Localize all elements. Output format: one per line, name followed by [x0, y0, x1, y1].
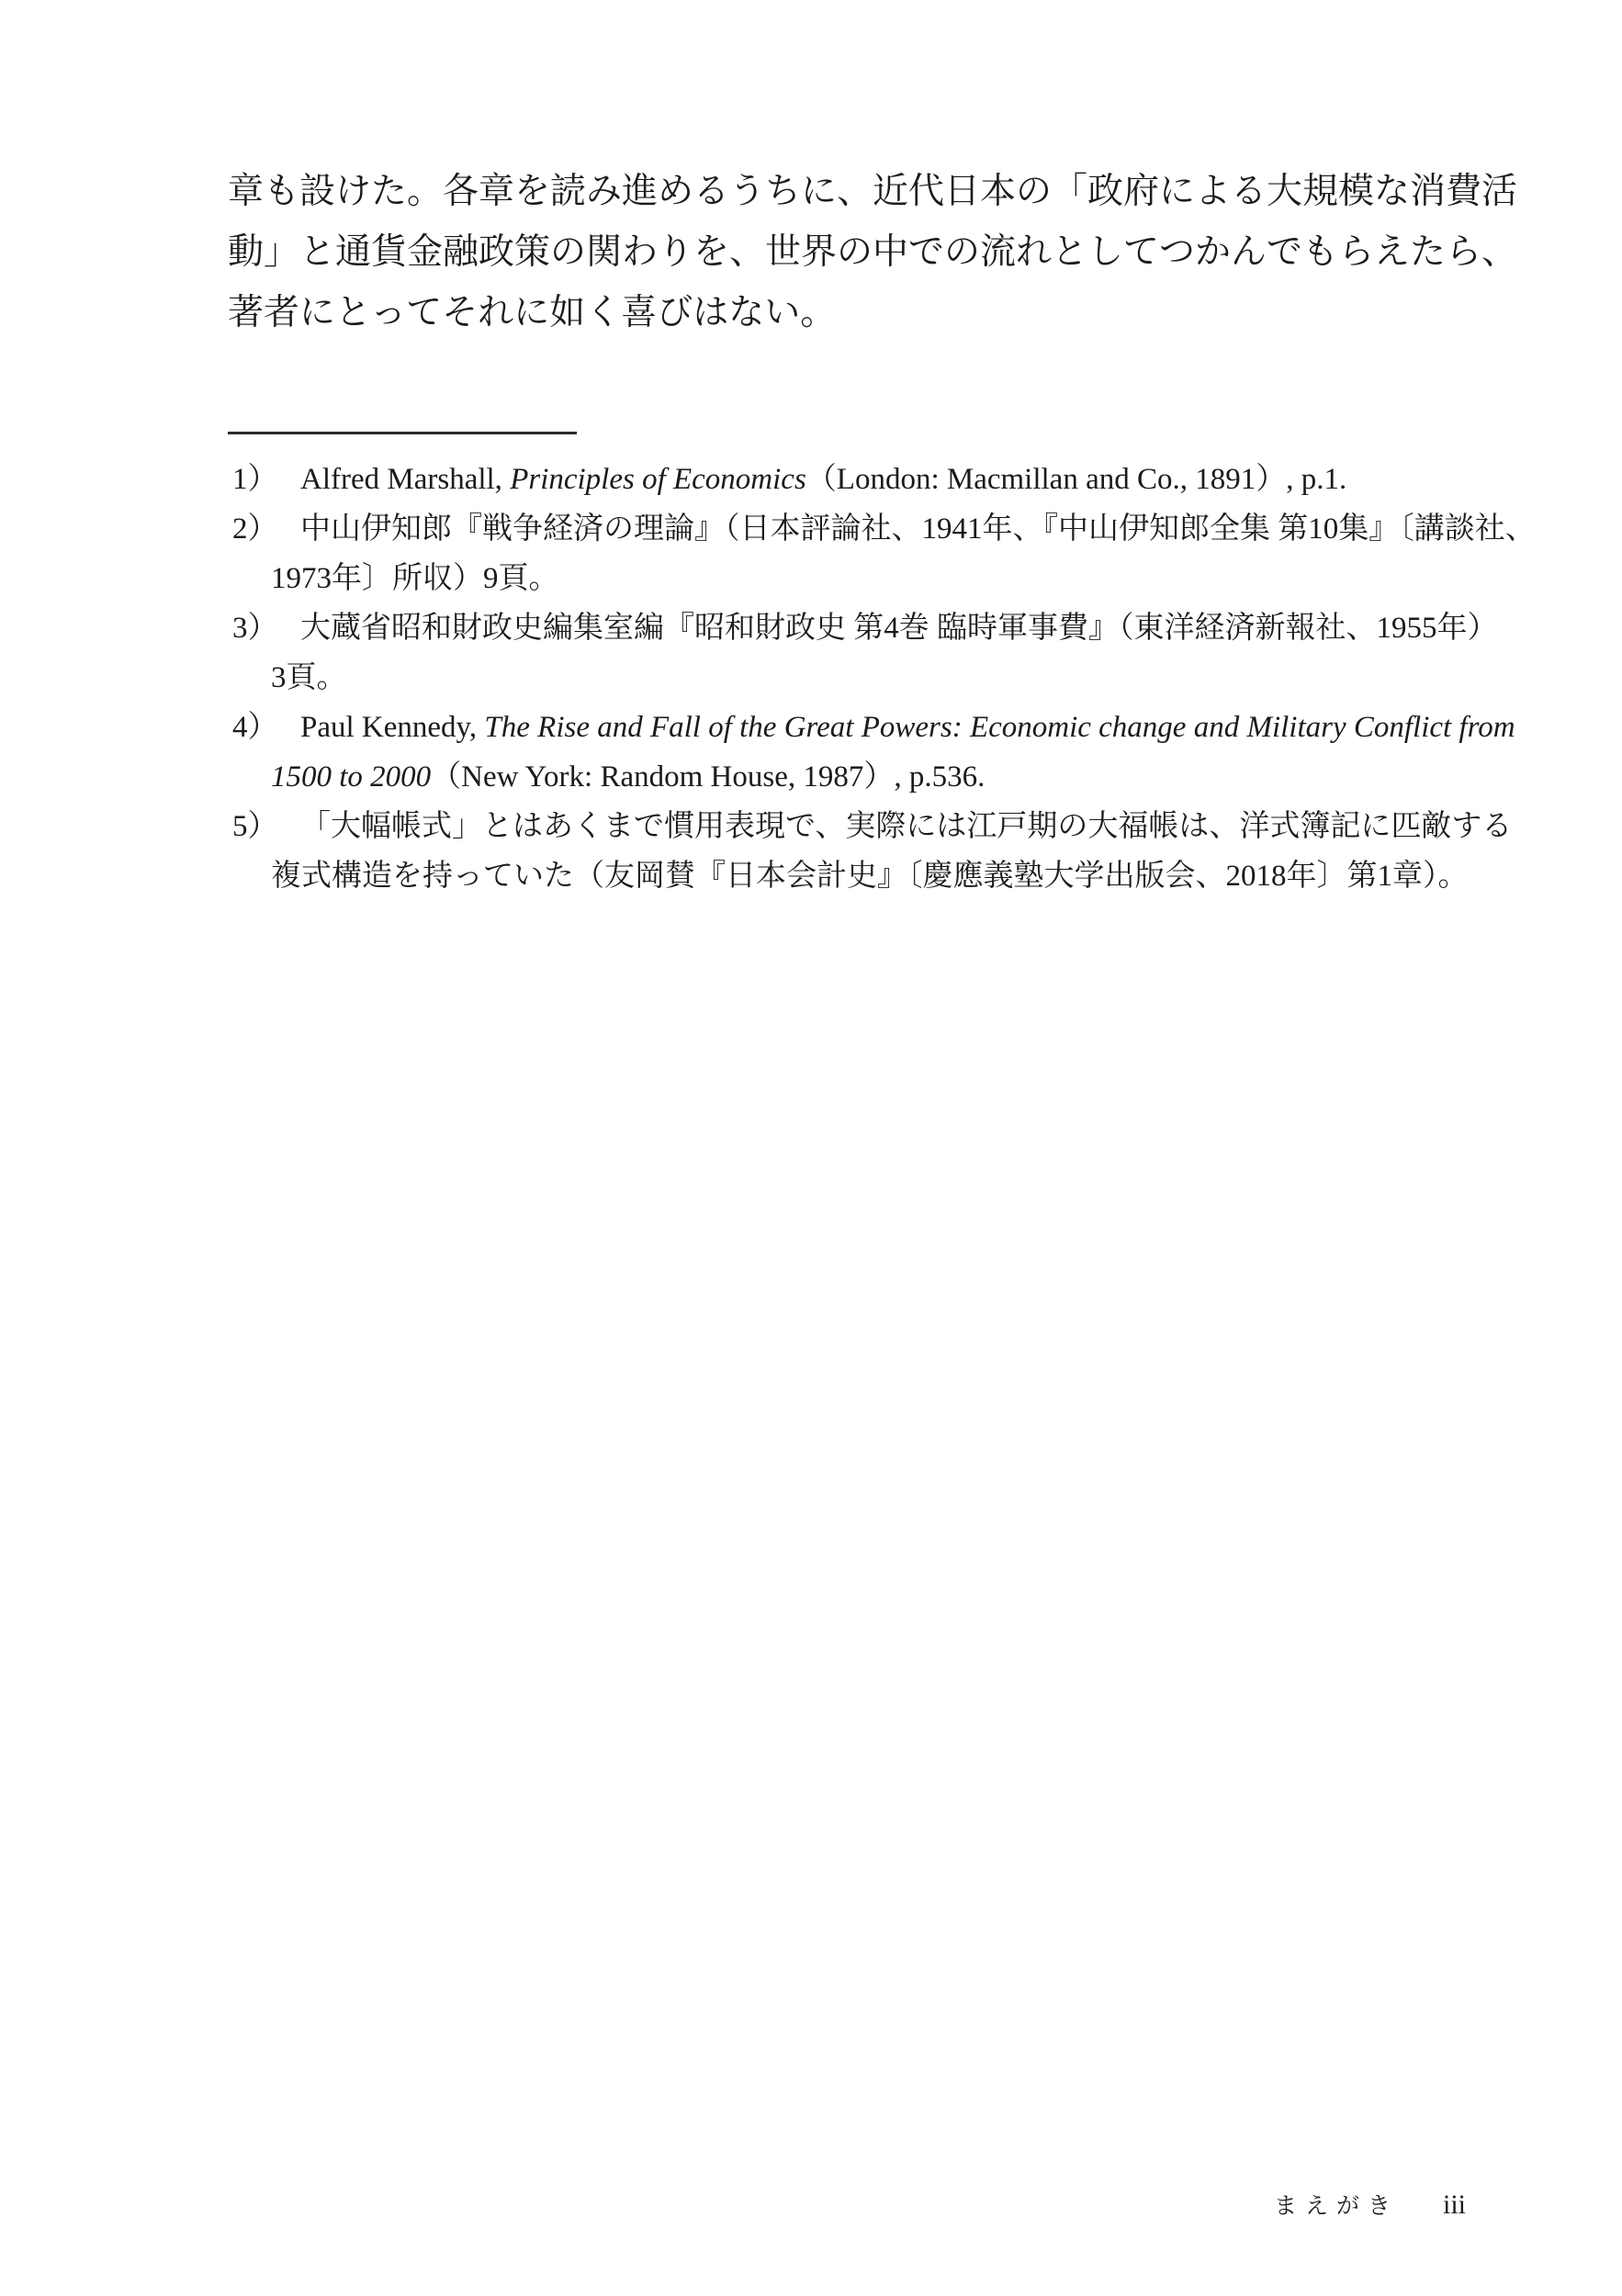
footnote-line: 5）「大幅帳式」とはあくまで慣用表現で、実際には江戸期の大福帳は、洋式簿記に匹敵…: [232, 802, 1536, 851]
footnote-number: 1）: [232, 455, 300, 504]
footer-page-number: iii: [1443, 2189, 1466, 2221]
footnote-book-title: Principles of Economics: [510, 463, 806, 496]
footnote-book-title: The Rise and Fall of the Great Powers: E…: [484, 711, 1515, 744]
footnote-text: Alfred Marshall,: [300, 463, 510, 496]
footnote-number: 3）: [232, 603, 300, 653]
footnote-number: 4）: [232, 703, 300, 752]
footnote-line: 2）中山伊知郎『戦争経済の理論』（日本評論社、1941年、『中山伊知郎全集 第1…: [232, 504, 1536, 554]
footnote-separator-rule: [228, 432, 577, 434]
footnote-text: 中山伊知郎『戦争経済の理論』（日本評論社、1941年、『中山伊知郎全集 第10集…: [300, 512, 1536, 546]
footnote-text: 複式構造を持っていた（友岡賛『日本会計史』〔慶應義塾大学出版会、2018年〕第1…: [271, 860, 1469, 893]
footnote-continuation-line: 複式構造を持っていた（友岡賛『日本会計史』〔慶應義塾大学出版会、2018年〕第1…: [232, 851, 1536, 901]
footnote-text: （London: Macmillan and Co., 1891）, p.1.: [806, 463, 1346, 496]
footnote-text: 「大幅帳式」とはあくまで慣用表現で、実際には江戸期の大福帳は、洋式簿記に匹敵する: [300, 810, 1512, 843]
footnote-line: 4）Paul Kennedy, The Rise and Fall of the…: [232, 703, 1536, 752]
footnote-text: Paul Kennedy,: [300, 711, 484, 744]
footnote-continuation-line: 1500 to 2000（New York: Random House, 198…: [232, 752, 1536, 802]
footer-section-label: まえがき: [1274, 2188, 1399, 2221]
footnote-text: （New York: Random House, 1987）, p.536.: [431, 760, 985, 793]
footnote-number: 5）: [232, 802, 300, 851]
page-footer: まえがき iii: [1274, 2188, 1466, 2221]
footnote-text: 大蔵省昭和財政史編集室編『昭和財政史 第4巻 臨時軍事費』（東洋経済新報社、19…: [300, 612, 1498, 645]
body-text-line: 著者にとってそれに如く喜びはない。: [228, 283, 1517, 343]
body-text-line: 章も設けた。各章を読み進めるうちに、近代日本の「政府による大規模な消費活: [228, 162, 1517, 222]
footnote-continuation-line: 3頁。: [232, 653, 1536, 703]
footnote-line: 3）大蔵省昭和財政史編集室編『昭和財政史 第4巻 臨時軍事費』（東洋経済新報社、…: [232, 603, 1536, 653]
footnote-number: 2）: [232, 504, 300, 554]
body-paragraph: 章も設けた。各章を読み進めるうちに、近代日本の「政府による大規模な消費活動」と通…: [228, 162, 1517, 343]
footnote-text: 3頁。: [271, 661, 347, 694]
book-page: 章も設けた。各章を読み進めるうちに、近代日本の「政府による大規模な消費活動」と通…: [0, 0, 1622, 2296]
footnote-text: 1973年〕所収）9頁。: [271, 562, 559, 595]
body-text-line: 動」と通貨金融政策の関わりを、世界の中での流れとしてつかんでもらえたら、: [228, 222, 1517, 283]
footnote-book-title: 1500 to 2000: [271, 760, 431, 793]
footnote-continuation-line: 1973年〕所収）9頁。: [232, 554, 1536, 603]
footnote-line: 1）Alfred Marshall, Principles of Economi…: [232, 455, 1536, 504]
footnotes-block: 1）Alfred Marshall, Principles of Economi…: [232, 455, 1536, 901]
